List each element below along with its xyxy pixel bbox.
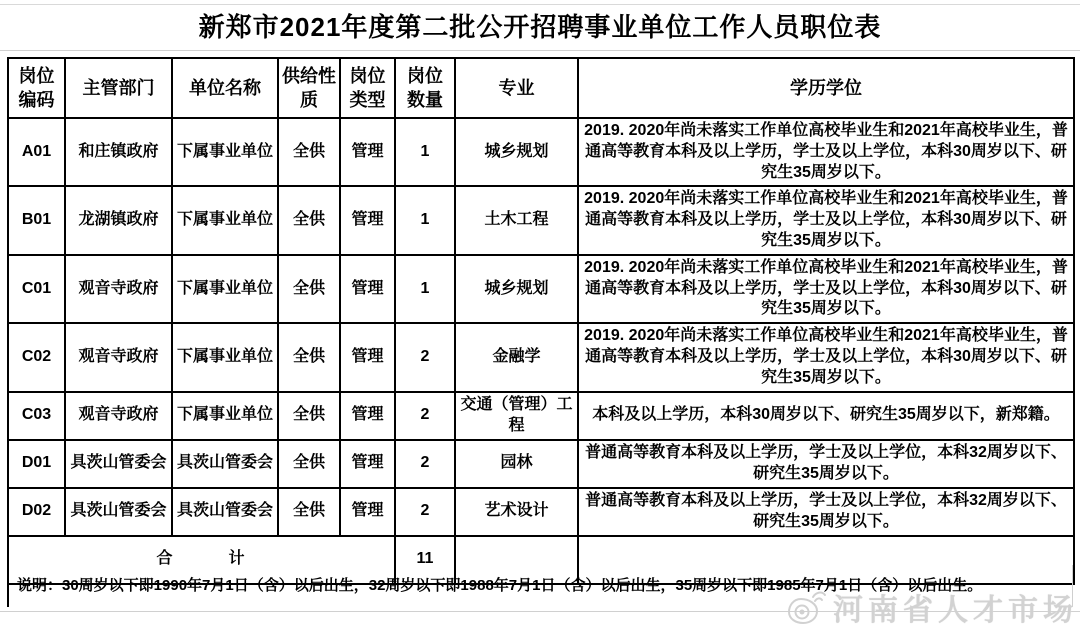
cell-education: 2019. 2020年尚未落实工作单位高校毕业生和2021年高校毕业生，普通高等… xyxy=(578,323,1074,391)
weibo-eye-icon xyxy=(787,589,827,625)
cell-education: 普通高等教育本科及以上学历，学士及以上学位，本科32周岁以下、研究生35周岁以下… xyxy=(578,488,1074,536)
table-row: B01 龙湖镇政府 下属事业单位 全供 管理 1 土木工程 2019. 2020… xyxy=(8,186,1074,254)
cell-dept: 观音寺政府 xyxy=(65,392,172,440)
cell-unit: 下属事业单位 xyxy=(172,118,278,186)
cell-major: 交通（管理）工程 xyxy=(455,392,578,440)
cell-education: 普通高等教育本科及以上学历，学士及以上学位，本科32周岁以下、研究生35周岁以下… xyxy=(578,440,1074,488)
cell-supply: 全供 xyxy=(278,488,340,536)
cell-supply: 全供 xyxy=(278,392,340,440)
cell-count: 1 xyxy=(395,255,455,323)
cell-education: 2019. 2020年尚未落实工作单位高校毕业生和2021年高校毕业生，普通高等… xyxy=(578,186,1074,254)
cell-education: 2019. 2020年尚未落实工作单位高校毕业生和2021年高校毕业生，普通高等… xyxy=(578,255,1074,323)
cell-unit: 下属事业单位 xyxy=(172,392,278,440)
cell-dept: 和庄镇政府 xyxy=(65,118,172,186)
cell-unit: 具茨山管委会 xyxy=(172,440,278,488)
gridline-middle xyxy=(0,50,1080,51)
table-header-row: 岗位编码 主管部门 单位名称 供给性质 岗位类型 岗位数量 专业 学历学位 xyxy=(8,58,1074,118)
cell-type: 管理 xyxy=(340,440,395,488)
header-major: 专业 xyxy=(455,58,578,118)
cell-code: D01 xyxy=(8,440,65,488)
table-row: C02 观音寺政府 下属事业单位 全供 管理 2 金融学 2019. 2020年… xyxy=(8,323,1074,391)
cell-major: 土木工程 xyxy=(455,186,578,254)
cell-education: 2019. 2020年尚未落实工作单位高校毕业生和2021年高校毕业生，普通高等… xyxy=(578,118,1074,186)
cell-supply: 全供 xyxy=(278,440,340,488)
cell-dept: 观音寺政府 xyxy=(65,255,172,323)
cell-supply: 全供 xyxy=(278,255,340,323)
cell-major: 金融学 xyxy=(455,323,578,391)
cell-type: 管理 xyxy=(340,392,395,440)
cell-type: 管理 xyxy=(340,118,395,186)
cell-type: 管理 xyxy=(340,186,395,254)
cell-dept: 龙湖镇政府 xyxy=(65,186,172,254)
table-row: C01 观音寺政府 下属事业单位 全供 管理 1 城乡规划 2019. 2020… xyxy=(8,255,1074,323)
cell-type: 管理 xyxy=(340,488,395,536)
watermark: 河南省人才市场 xyxy=(787,585,1078,629)
cell-education: 本科及以上学历，本科30周岁以下、研究生35周岁以下，新郑籍。 xyxy=(578,392,1074,440)
gridline-top xyxy=(0,4,1080,5)
cell-count: 2 xyxy=(395,488,455,536)
cell-major: 城乡规划 xyxy=(455,118,578,186)
watermark-text: 河南省人才市场 xyxy=(833,585,1078,629)
cell-type: 管理 xyxy=(340,323,395,391)
header-position-count: 岗位数量 xyxy=(395,58,455,118)
cell-unit: 下属事业单位 xyxy=(172,323,278,391)
cell-code: C02 xyxy=(8,323,65,391)
cell-supply: 全供 xyxy=(278,118,340,186)
header-unit-name: 单位名称 xyxy=(172,58,278,118)
cell-type: 管理 xyxy=(340,255,395,323)
table-row: A01 和庄镇政府 下属事业单位 全供 管理 1 城乡规划 2019. 2020… xyxy=(8,118,1074,186)
cell-count: 1 xyxy=(395,118,455,186)
cell-count: 2 xyxy=(395,392,455,440)
cell-count: 1 xyxy=(395,186,455,254)
cell-count: 2 xyxy=(395,323,455,391)
table-row: D02 具茨山管委会 具茨山管委会 全供 管理 2 艺术设计 普通高等教育本科及… xyxy=(8,488,1074,536)
positions-table: 岗位编码 主管部门 单位名称 供给性质 岗位类型 岗位数量 专业 学历学位 A0… xyxy=(7,57,1075,585)
cell-code: B01 xyxy=(8,186,65,254)
cell-supply: 全供 xyxy=(278,186,340,254)
cell-code: C01 xyxy=(8,255,65,323)
header-education: 学历学位 xyxy=(578,58,1074,118)
table-row: D01 具茨山管委会 具茨山管委会 全供 管理 2 园林 普通高等教育本科及以上… xyxy=(8,440,1074,488)
cell-code: C03 xyxy=(8,392,65,440)
header-supply-nature: 供给性质 xyxy=(278,58,340,118)
cell-supply: 全供 xyxy=(278,323,340,391)
header-position-type: 岗位类型 xyxy=(340,58,395,118)
cell-major: 城乡规划 xyxy=(455,255,578,323)
cell-code: D02 xyxy=(8,488,65,536)
table-row: C03 观音寺政府 下属事业单位 全供 管理 2 交通（管理）工程 本科及以上学… xyxy=(8,392,1074,440)
header-position-code: 岗位编码 xyxy=(8,58,65,118)
cell-dept: 具茨山管委会 xyxy=(65,488,172,536)
cell-code: A01 xyxy=(8,118,65,186)
cell-dept: 观音寺政府 xyxy=(65,323,172,391)
cell-unit: 具茨山管委会 xyxy=(172,488,278,536)
cell-major: 艺术设计 xyxy=(455,488,578,536)
cell-major: 园林 xyxy=(455,440,578,488)
header-department: 主管部门 xyxy=(65,58,172,118)
cell-unit: 下属事业单位 xyxy=(172,186,278,254)
cell-dept: 具茨山管委会 xyxy=(65,440,172,488)
page-title: 新郑市2021年度第二批公开招聘事业单位工作人员职位表 xyxy=(0,6,1080,48)
document-sheet: 新郑市2021年度第二批公开招聘事业单位工作人员职位表 岗位编码 主管部门 单位… xyxy=(0,0,1080,635)
cell-unit: 下属事业单位 xyxy=(172,255,278,323)
cell-count: 2 xyxy=(395,440,455,488)
